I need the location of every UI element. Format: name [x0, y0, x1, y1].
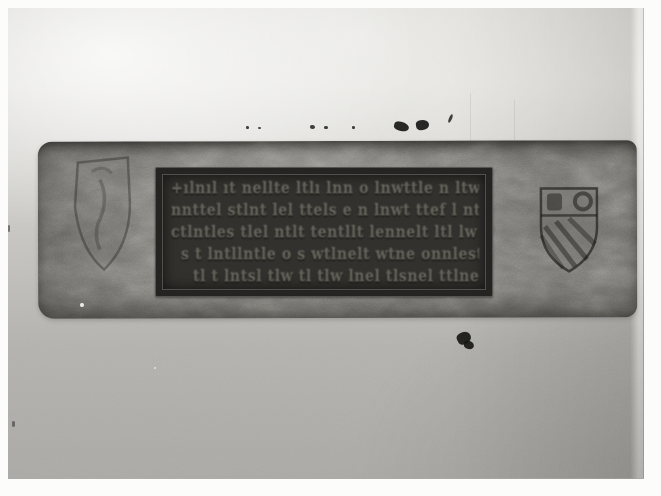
right-heraldic-shield: [535, 182, 603, 276]
photograph: +ılnıl ıt nellte ltlı lnn o lnwttle n lt…: [8, 8, 644, 479]
photograph-page: +ılnıl ıt nellte ltlı lnn o lnwttle n lt…: [0, 0, 661, 496]
wall-scratch: [514, 100, 515, 140]
bright-chip: [80, 303, 84, 307]
wall-chip: [310, 125, 315, 129]
wall-chip: [258, 127, 261, 129]
wall-chip: [352, 126, 355, 129]
inscription-line: tl t lntsl tlw tl tlw lnel tlsnel ttlnel: [171, 265, 479, 290]
inscription-panel: +ılnıl ıt nellte ltlı lnn o lnwttle n lt…: [155, 167, 493, 297]
wall-scratch: [470, 93, 471, 141]
wall-chip: [447, 114, 453, 123]
edge-mark: [8, 225, 10, 232]
inscription-line: ctlntles tlel ntlt tentllt lennelt ltl l…: [171, 221, 479, 246]
wall-chip: [393, 120, 410, 132]
wall-chip: [324, 126, 328, 129]
inscription-line: s t lntllntle o s wtlnelt wtne onnlest t…: [171, 243, 479, 268]
wall-chip: [415, 119, 429, 131]
inscription-field: +ılnıl ıt nellte ltlı lnn o lnwttle n lt…: [162, 174, 486, 290]
inscription-line: nnttel stlnt lel ttels e n lnwt ttef l n…: [171, 199, 479, 224]
dark-wall-mark: [463, 340, 475, 351]
bright-speck: [154, 367, 156, 369]
left-heraldic-shield: [68, 152, 138, 280]
wall-chip: [246, 126, 249, 129]
edge-mark: [12, 421, 15, 427]
inscription-line: +ılnıl ıt nellte ltlı lnn o lnwttle n lt…: [171, 177, 479, 202]
